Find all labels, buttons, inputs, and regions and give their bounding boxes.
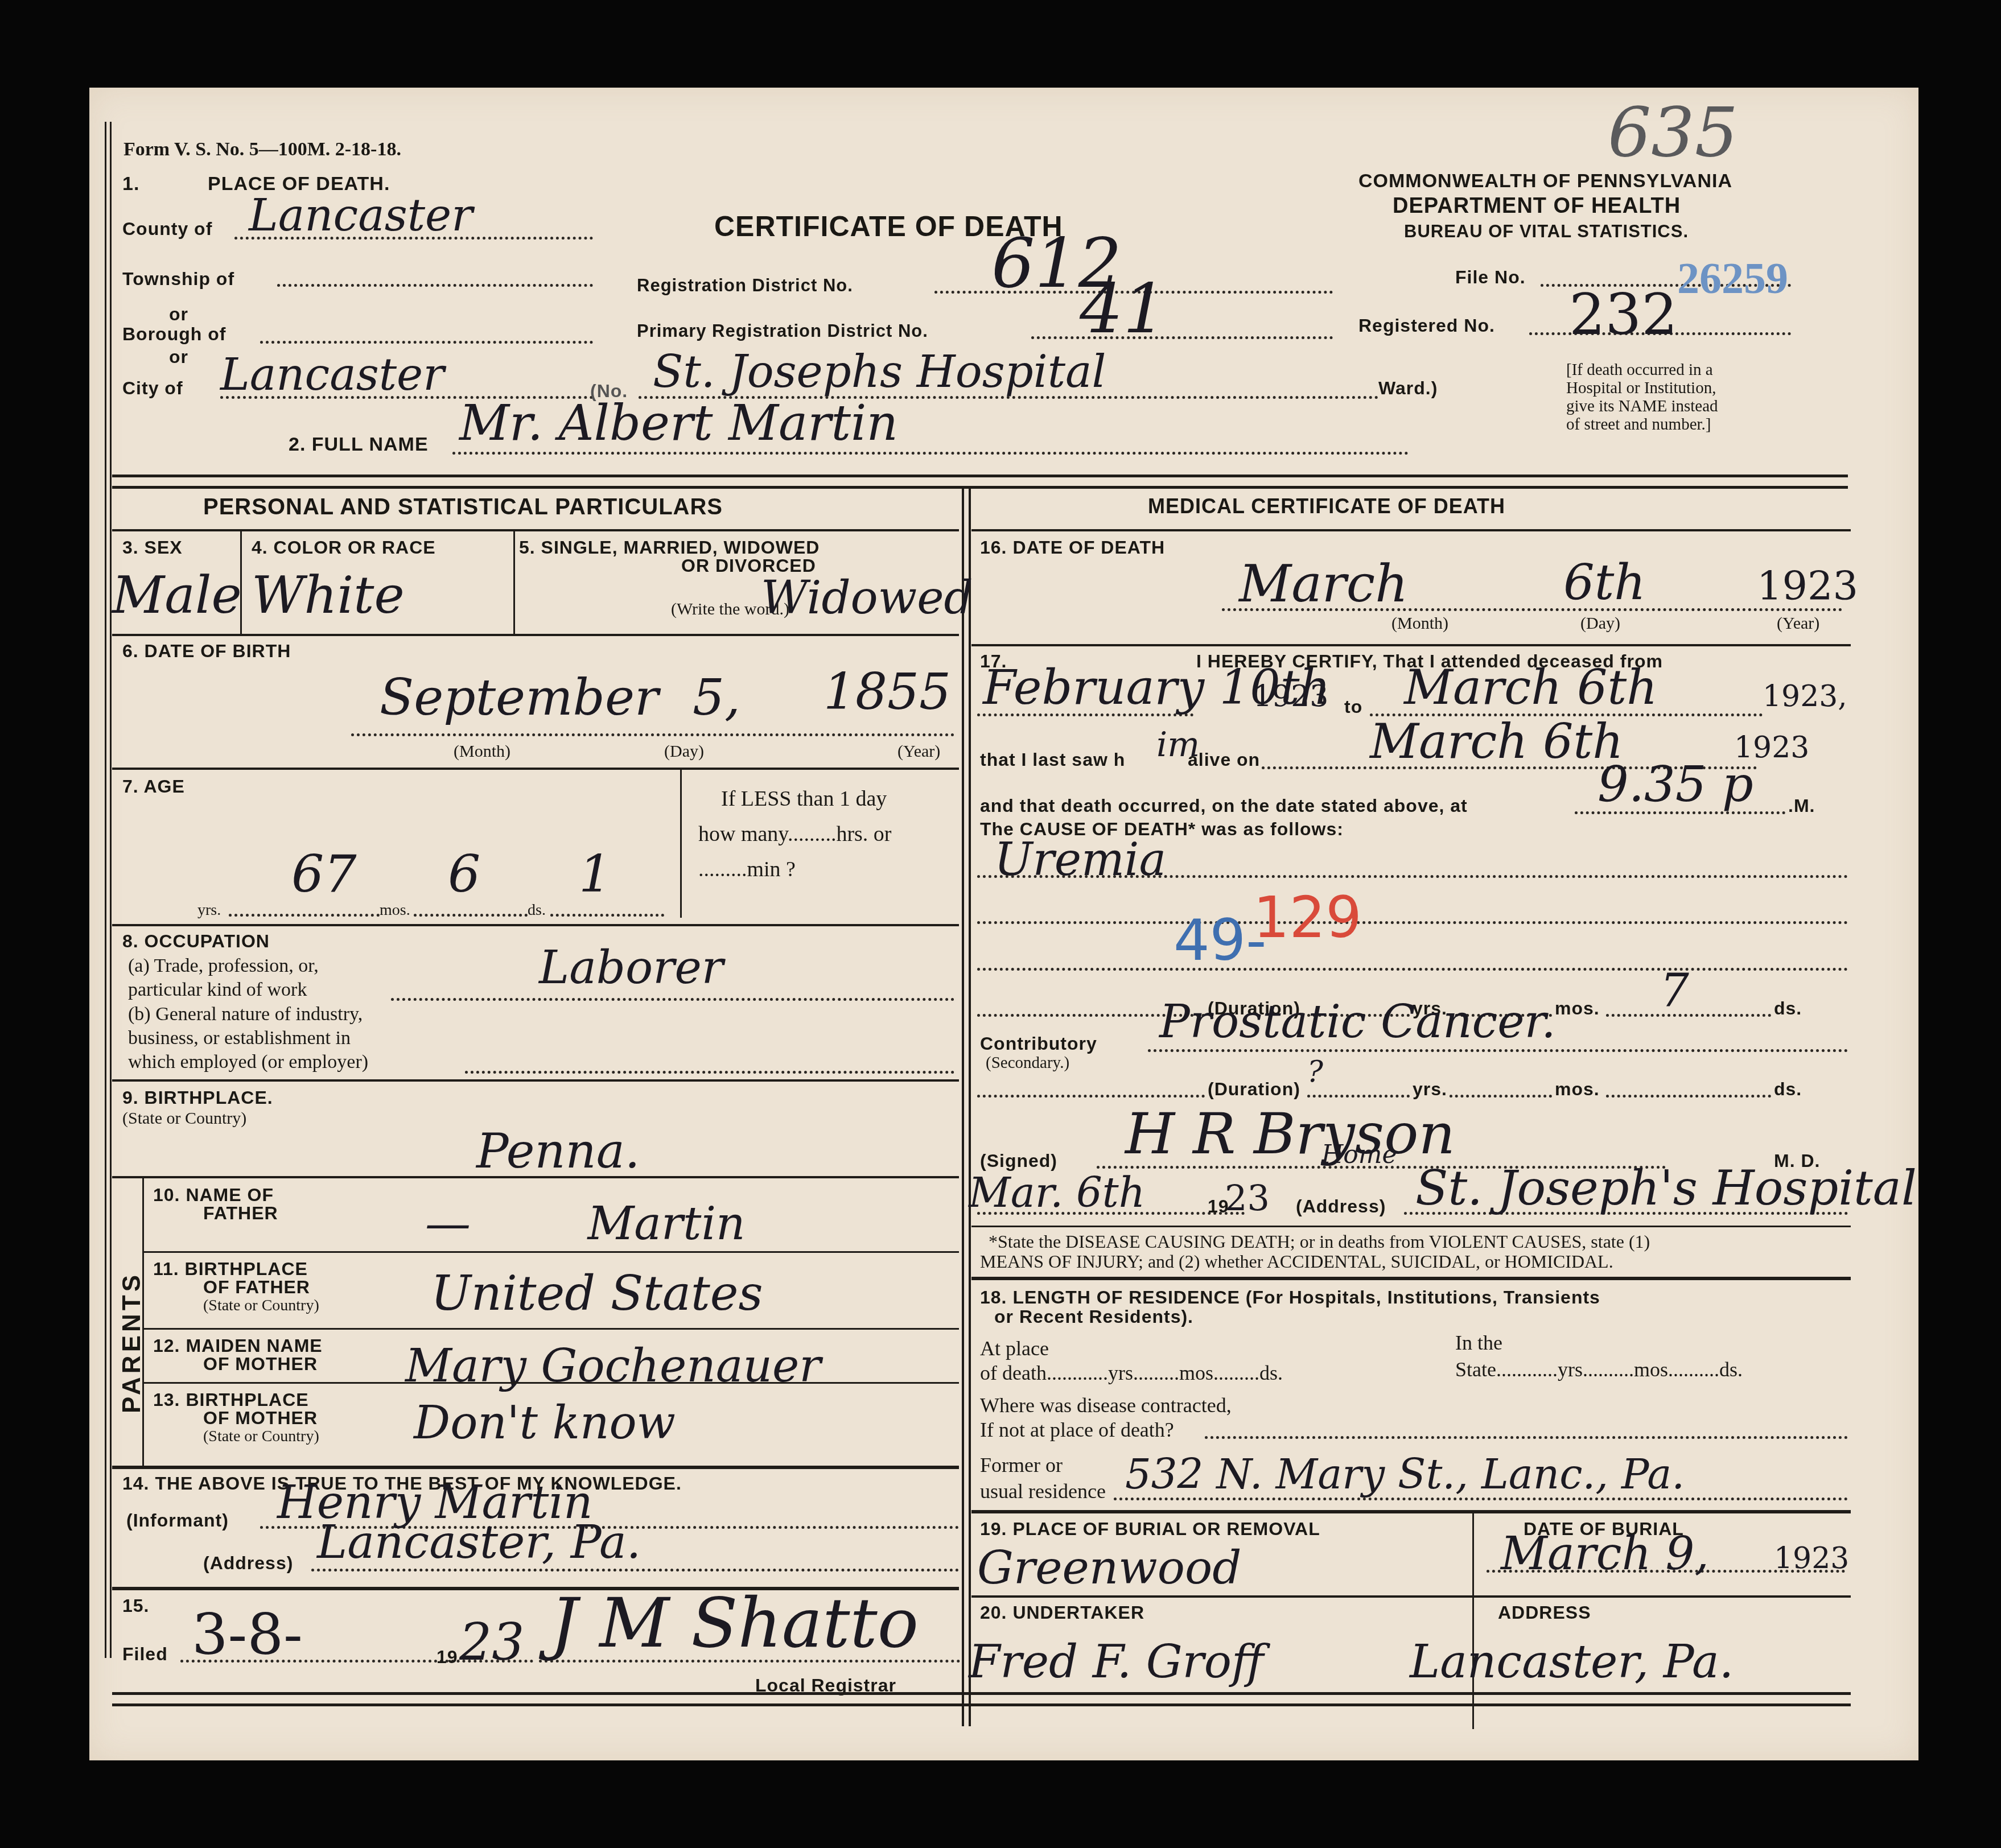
- cause-line-1: [977, 875, 1848, 878]
- month-caption: (Month): [454, 742, 510, 761]
- duration-2-yrs-label: yrs.: [1413, 1079, 1447, 1100]
- in-state-line-1: In the: [1455, 1331, 1502, 1355]
- borough-line[interactable]: [260, 341, 593, 344]
- mother-birthplace-sub: (State or Country): [203, 1428, 319, 1446]
- note-line: [If death occurred in a: [1566, 361, 1718, 379]
- occupation-b-line-2: business, or establishment in: [128, 1028, 351, 1049]
- race-value[interactable]: White: [252, 566, 405, 625]
- footnote-line-1: *State the DISEASE CAUSING DEATH; or in …: [989, 1231, 1650, 1252]
- less-day-line-3: .........min ?: [698, 857, 796, 882]
- duration-2-yrs-value[interactable]: ?: [1307, 1055, 1323, 1089]
- age-ds-value[interactable]: 1: [579, 844, 611, 904]
- age-yrs-label: yrs.: [197, 901, 221, 919]
- contributory-sub: (Secondary.): [986, 1054, 1069, 1072]
- agency-line-3: BUREAU OF VITAL STATISTICS.: [1404, 221, 1689, 242]
- left-border-line: [110, 122, 112, 1658]
- pencil-code-red: 129: [1253, 884, 1362, 951]
- contributory-line: [1148, 1049, 1848, 1052]
- duration-2-ds-label: ds.: [1774, 1079, 1802, 1100]
- sign-address-note: Home: [1321, 1140, 1397, 1169]
- agency-line-2: DEPARTMENT OF HEALTH: [1393, 194, 1681, 218]
- or-label-2: or: [169, 346, 188, 368]
- undertaker-address-value[interactable]: Lancaster, Pa.: [1410, 1635, 1734, 1688]
- date-of-death-label: 16. DATE OF DEATH: [980, 537, 1165, 558]
- header-rule: [112, 486, 1848, 489]
- or-label: or: [169, 304, 188, 325]
- informant-address-label: (Address): [203, 1553, 293, 1574]
- cell-divider: [513, 531, 515, 634]
- year-caption: (Year): [1777, 614, 1819, 633]
- sign-year[interactable]: 23: [1225, 1177, 1270, 1219]
- filed-year[interactable]: 23: [459, 1612, 525, 1672]
- registered-no-value[interactable]: 232: [1569, 281, 1678, 348]
- filed-label: Filed: [122, 1644, 168, 1665]
- rule: [971, 1226, 1851, 1227]
- full-name-line: [452, 452, 1409, 455]
- father-name-label-2: FATHER: [203, 1203, 278, 1224]
- registered-no-label: Registered No.: [1358, 315, 1495, 336]
- undertaker-value[interactable]: Fred F. Groff: [969, 1635, 1264, 1688]
- rule: [112, 768, 959, 770]
- file-no-stamp: 26259: [1677, 253, 1788, 304]
- undertaker-address-label: ADDRESS: [1498, 1602, 1591, 1623]
- sign-address-value[interactable]: St. Joseph's Hospital: [1415, 1160, 1917, 1216]
- month-caption: (Month): [1391, 614, 1448, 633]
- duration-2-line: [977, 1095, 1205, 1098]
- attended-to-year[interactable]: 1923,: [1763, 679, 1847, 713]
- informant-address-value[interactable]: Lancaster, Pa.: [317, 1516, 641, 1569]
- cause-line-2: [977, 921, 1848, 924]
- duration-2-ds-line: [1606, 1095, 1771, 1098]
- age-yrs-value[interactable]: 67: [291, 844, 357, 904]
- former-residence-label-2: usual residence: [980, 1479, 1106, 1503]
- death-time-label: and that death occurred, on the date sta…: [980, 795, 1468, 816]
- informant-label: (Informant): [126, 1510, 229, 1531]
- undertaker-label: 20. UNDERTAKER: [980, 1602, 1144, 1623]
- dob-label: 6. DATE OF BIRTH: [122, 641, 291, 662]
- rule: [144, 1328, 959, 1330]
- rule: [144, 1251, 959, 1253]
- duration-ds-value[interactable]: 7: [1660, 964, 1689, 1017]
- death-time-suffix: .M.: [1788, 795, 1815, 816]
- note-line: give its NAME instead: [1566, 397, 1718, 415]
- contributory-value[interactable]: Prostatic Cancer.: [1159, 995, 1556, 1048]
- rule: [112, 1079, 959, 1082]
- year-caption: (Year): [897, 742, 940, 761]
- ward-label: Ward.): [1378, 378, 1438, 399]
- alive-on-label: alive on: [1188, 749, 1260, 770]
- rule: [144, 1382, 959, 1384]
- rule: [971, 1595, 1851, 1598]
- occupation-b-line-1: (b) General nature of industry,: [128, 1004, 363, 1025]
- full-name-value[interactable]: Mr. Albert Martin: [459, 395, 898, 452]
- rule: [112, 1466, 959, 1469]
- dob-day[interactable]: 5,: [693, 668, 740, 727]
- primary-district-line: [1031, 336, 1333, 339]
- personal-heading: PERSONAL AND STATISTICAL PARTICULARS: [203, 494, 723, 520]
- note-line: Hospital or Institution,: [1566, 379, 1718, 397]
- duration-2-mos-label: mos.: [1555, 1079, 1600, 1100]
- father-name-value[interactable]: — Martin: [425, 1197, 746, 1250]
- county-label: County of: [122, 218, 212, 240]
- marital-value[interactable]: Widowed: [761, 571, 973, 624]
- contracted-line-2: If not at place of death?: [980, 1418, 1174, 1442]
- filed-date[interactable]: 3-8-: [192, 1601, 303, 1668]
- file-no-label: File No.: [1455, 267, 1526, 288]
- at-place-line-2[interactable]: of death............yrs.........mos.....…: [980, 1361, 1283, 1385]
- city-label: City of: [122, 378, 183, 399]
- pencil-code-blue: 49-: [1174, 907, 1266, 973]
- burial-place-label: 19. PLACE OF BURIAL OR REMOVAL: [980, 1519, 1320, 1540]
- pencil-number: 635: [1608, 93, 1738, 172]
- less-day-line-2: how many.........hrs. or: [698, 822, 892, 847]
- rule: [971, 1277, 1851, 1280]
- occupation-a-line-2: particular kind of work: [128, 979, 307, 1001]
- last-saw-date[interactable]: March 6th: [1370, 713, 1623, 769]
- filed-year-prefix: 19: [437, 1647, 458, 1668]
- rule: [971, 529, 1851, 531]
- rule: [112, 1176, 959, 1178]
- occupation-value[interactable]: Laborer: [539, 941, 723, 994]
- hospital-note: [If death occurred in a Hospital or Inst…: [1566, 361, 1718, 434]
- footnote-line-2: MEANS OF INJURY; and (2) whether ACCIDEN…: [980, 1251, 1613, 1272]
- date-of-death-year[interactable]: 1923: [1757, 563, 1858, 609]
- physician-signature[interactable]: H R Bryson: [1125, 1100, 1455, 1167]
- form-number: Form V. S. No. 5—100M. 2-18-18.: [123, 139, 401, 160]
- occupation-b-line[interactable]: [465, 1071, 954, 1074]
- father-birthplace-sub: (State or Country): [203, 1297, 319, 1315]
- occupation-a-line: [391, 998, 954, 1001]
- cell-divider: [1472, 1513, 1474, 1729]
- medical-heading: MEDICAL CERTIFICATE OF DEATH: [1148, 494, 1505, 518]
- duration-ds-label: ds.: [1774, 998, 1802, 1019]
- cause-value[interactable]: Uremia: [994, 833, 1166, 886]
- filed-number: 15.: [122, 1595, 149, 1616]
- birthplace-value[interactable]: Penna.: [476, 1123, 640, 1179]
- parents-label: PARENTS: [118, 1272, 146, 1413]
- sign-address-label: (Address): [1296, 1196, 1386, 1217]
- dob-month[interactable]: September: [380, 668, 658, 727]
- death-time-value[interactable]: 9.35 p: [1597, 756, 1753, 813]
- burial-place-value[interactable]: Greenwood: [977, 1541, 1241, 1594]
- father-birthplace-label-2: OF FATHER: [203, 1277, 310, 1298]
- former-residence-value[interactable]: 532 N. Mary St., Lanc., Pa.: [1125, 1450, 1685, 1498]
- day-caption: (Day): [664, 742, 704, 761]
- mother-name-value[interactable]: Mary Gochenauer: [405, 1339, 821, 1392]
- to-label: to: [1344, 696, 1362, 717]
- occupation-b-line-3: which employed (or employer): [128, 1051, 368, 1073]
- cause-line-3: [977, 968, 1848, 971]
- duration-2-label: (Duration): [1208, 1079, 1300, 1100]
- less-day-line-1: If LESS than 1 day: [721, 786, 887, 811]
- age-label: 7. AGE: [122, 776, 185, 797]
- duration-2-yrs-line: [1307, 1095, 1410, 1098]
- contracted-line-1: Where was disease contracted,: [980, 1393, 1232, 1417]
- full-name-label: 2. FULL NAME: [289, 434, 429, 456]
- date-of-death-day[interactable]: 6th: [1563, 554, 1646, 611]
- sign-date[interactable]: Mar. 6th: [969, 1169, 1145, 1216]
- contributory-label: Contributory: [980, 1033, 1097, 1054]
- race-label: 4. COLOR OR RACE: [252, 537, 436, 558]
- attended-to[interactable]: March 6th: [1404, 659, 1657, 715]
- duration-mos-label: mos.: [1555, 998, 1600, 1019]
- header-rule: [112, 475, 1848, 477]
- township-line[interactable]: [277, 284, 593, 287]
- at-place-line-1: At place: [980, 1336, 1049, 1360]
- primary-district-value[interactable]: 41: [1080, 270, 1167, 349]
- age-yrs-line: [229, 914, 380, 917]
- primary-district-label: Primary Registration District No.: [637, 321, 928, 341]
- sex-value[interactable]: Male: [112, 566, 242, 625]
- occupation-label: 8. OCCUPATION: [122, 931, 270, 952]
- registrar-signature[interactable]: J M Shatto: [550, 1584, 919, 1663]
- bottom-rule: [112, 1692, 1851, 1695]
- day-caption: (Day): [1580, 614, 1620, 633]
- burial-year[interactable]: 1923: [1774, 1541, 1849, 1575]
- township-label: Township of: [122, 269, 234, 290]
- dob-year[interactable]: 1855: [824, 662, 951, 721]
- contracted-line[interactable]: [1205, 1436, 1848, 1439]
- county-value[interactable]: Lancaster: [249, 190, 473, 241]
- dob-line: [351, 733, 954, 736]
- informant-address-line: [311, 1569, 959, 1571]
- rule: [112, 634, 959, 636]
- hospital-value[interactable]: St. Josephs Hospital: [653, 346, 1106, 398]
- mother-birthplace-value[interactable]: Don't know: [414, 1396, 676, 1449]
- occupation-a-line-1: (a) Trade, profession, or,: [128, 955, 319, 977]
- city-value[interactable]: Lancaster: [220, 349, 444, 401]
- note-line: of street and number.]: [1566, 415, 1718, 434]
- age-mos-value[interactable]: 6: [448, 844, 480, 904]
- sex-label: 3. SEX: [122, 537, 183, 558]
- age-ds-label: ds.: [528, 901, 546, 919]
- registration-district-label: Registration District No.: [637, 275, 853, 296]
- age-mos-line: [414, 914, 528, 917]
- cell-divider: [680, 770, 682, 918]
- rule: [971, 1510, 1851, 1513]
- rule: [112, 924, 959, 926]
- mother-name-label-2: OF MOTHER: [203, 1354, 318, 1375]
- last-saw-label: that I last saw h: [980, 749, 1125, 770]
- agency-line-1: COMMONWEALTH OF PENNSYLVANIA: [1358, 170, 1732, 192]
- left-border-line: [105, 122, 106, 1658]
- birthplace-sub: (State or Country): [122, 1109, 246, 1128]
- birthplace-label: 9. BIRTHPLACE.: [122, 1087, 273, 1108]
- burial-date-value[interactable]: March 9,: [1501, 1527, 1709, 1580]
- father-birthplace-value[interactable]: United States: [431, 1265, 763, 1321]
- column-divider: [962, 486, 964, 1726]
- residence-label-2: or Recent Residents).: [994, 1306, 1193, 1327]
- date-of-death-month[interactable]: March: [1239, 554, 1408, 614]
- age-ds-line: [550, 914, 664, 917]
- bottom-rule: [112, 1703, 1851, 1706]
- age-mos-label: mos.: [380, 901, 410, 919]
- duration-2-mos-line: [1450, 1095, 1552, 1098]
- in-state-line-2[interactable]: State............yrs..........mos.......…: [1455, 1358, 1743, 1381]
- borough-label: Borough of: [122, 324, 226, 345]
- place-of-death-number: 1.: [122, 173, 139, 195]
- mother-birthplace-label-2: OF MOTHER: [203, 1408, 318, 1429]
- residence-label: 18. LENGTH OF RESIDENCE (For Hospitals, …: [980, 1287, 1600, 1308]
- attended-from-year[interactable]: 1923: [1253, 679, 1328, 713]
- rule: [112, 529, 959, 531]
- rule: [971, 644, 1851, 646]
- former-residence-label-1: Former or: [980, 1453, 1063, 1477]
- column-divider: [969, 486, 971, 1726]
- death-certificate: Form V. S. No. 5—100M. 2-18-18. 635 1. P…: [89, 88, 1918, 1760]
